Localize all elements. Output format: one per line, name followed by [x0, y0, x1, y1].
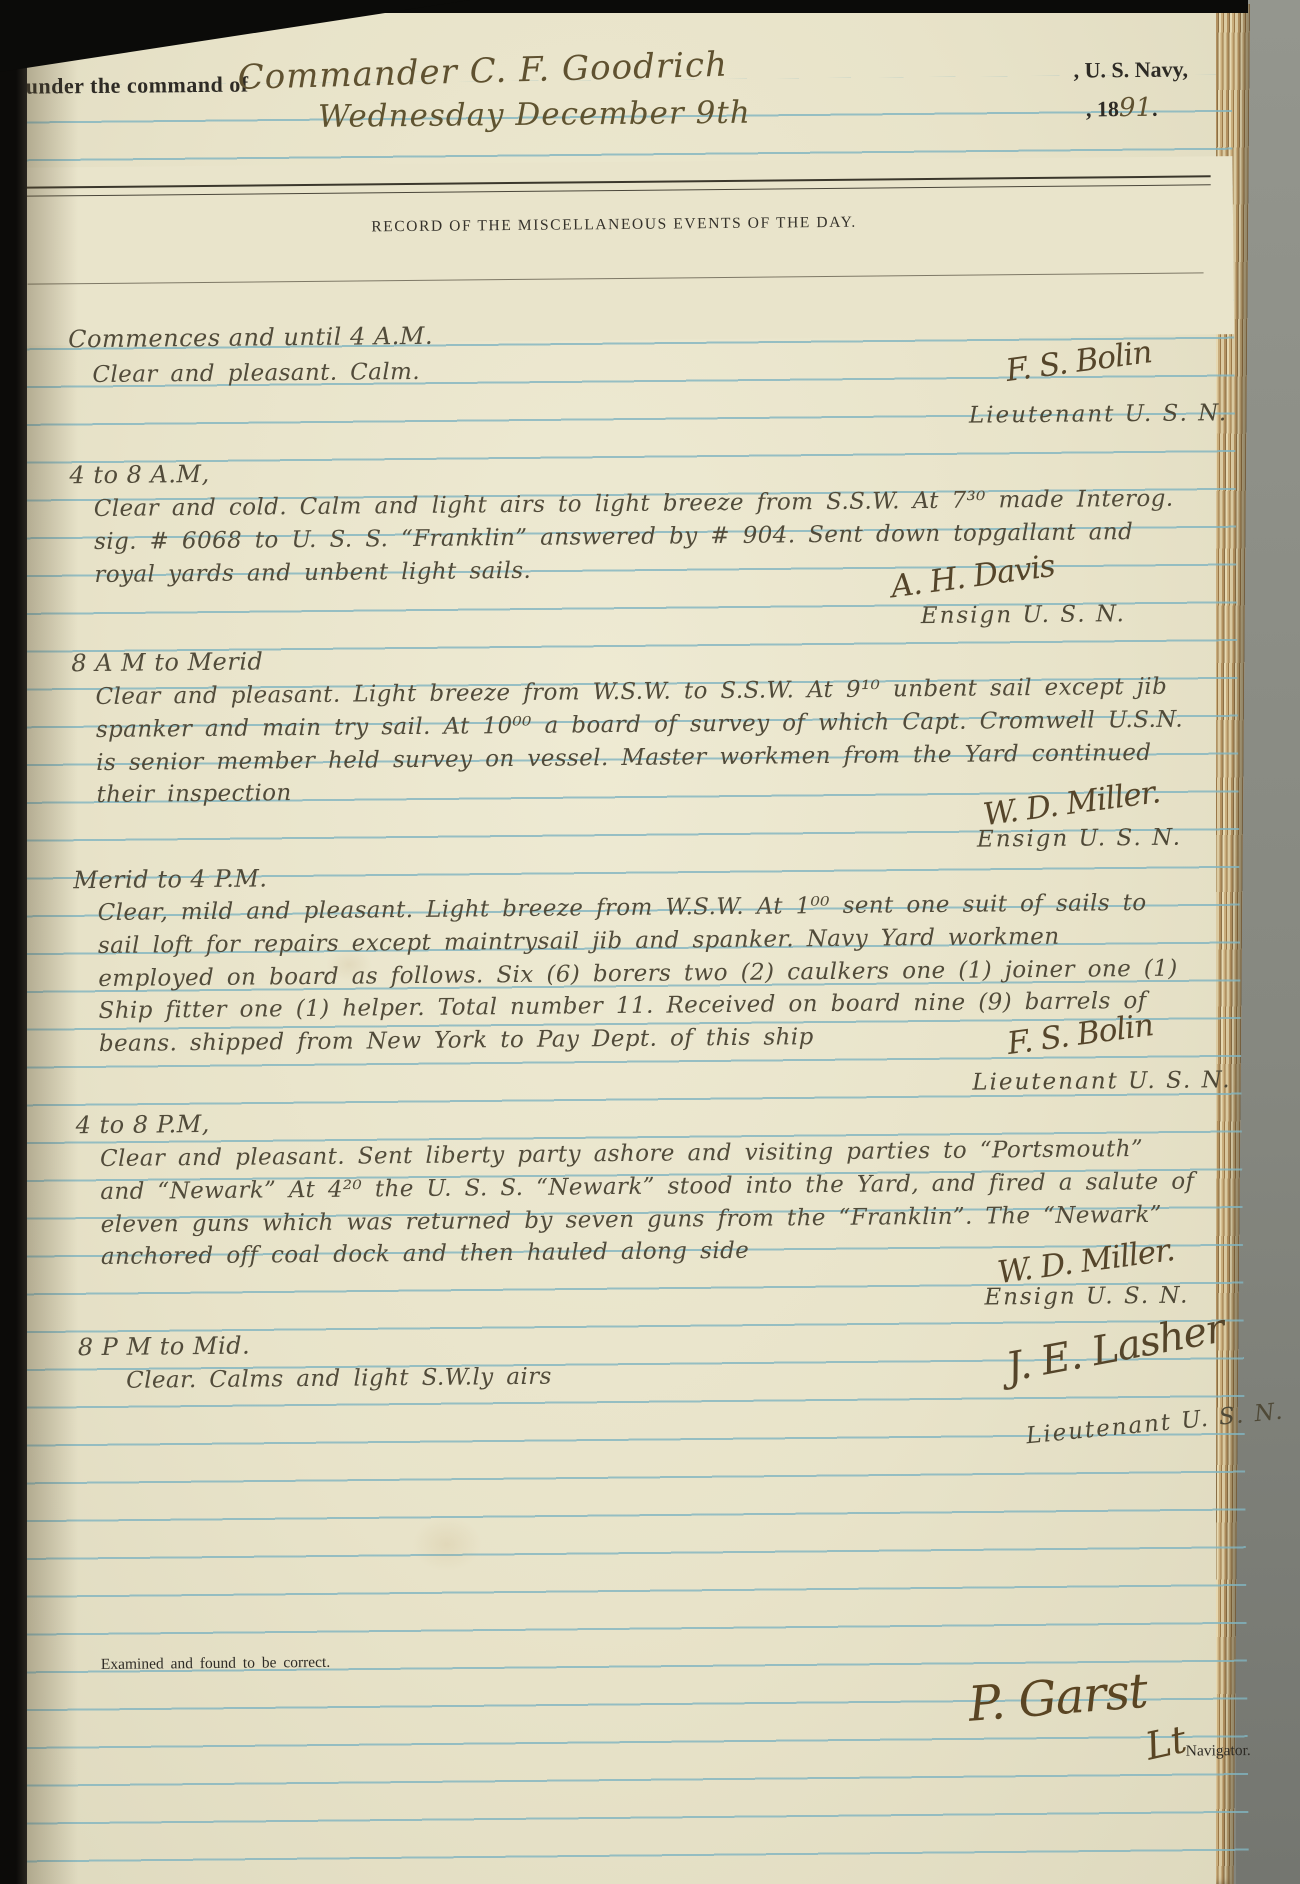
- page-content: under the command of Commander C. F. Goo…: [17, 4, 1225, 1884]
- signature-rank: Ensign U. S. N.: [977, 825, 1182, 853]
- logbook-photo: under the command of Commander C. F. Goo…: [0, 0, 1300, 1884]
- printed-year-period: .: [1152, 96, 1158, 121]
- printed-year-prefix: , 18: [1086, 96, 1119, 121]
- signature-rank: Lieutenant U. S. N.: [969, 400, 1228, 428]
- entry-heading: 8 P M to Mid.: [78, 1332, 251, 1362]
- signature-rank: Ensign U. S. N.: [984, 1283, 1189, 1311]
- entry-heading: 4 to 8 P.M,: [76, 1110, 210, 1139]
- book-binding-edge: [0, 0, 27, 1884]
- examined-statement: Examined and found to be correct.: [101, 1654, 331, 1674]
- handwritten-year: 91: [1119, 93, 1152, 123]
- log-page: under the command of Commander C. F. Goo…: [26, 10, 1216, 1884]
- signature-rank: Ensign U. S. N.: [921, 601, 1126, 629]
- navigator-signature-flourish: Lt: [1141, 1717, 1190, 1769]
- navigator-label: Navigator.: [1186, 1742, 1251, 1761]
- entry-heading: 8 A M to Merid: [71, 647, 263, 677]
- entry-body: Clear and pleasant. Calm.: [92, 356, 420, 392]
- year-line: , 1891.: [1086, 93, 1158, 124]
- entry-line: Clear and pleasant. Calm.: [92, 356, 420, 392]
- entry-line: Clear. Calms and light S.W.ly airs: [126, 1361, 552, 1398]
- entry-heading: Merid to 4 P.M.: [73, 864, 267, 894]
- entry-heading: Commences and until 4 A.M.: [68, 322, 433, 354]
- entry-body: Clear. Calms and light S.W.ly airs: [126, 1361, 552, 1398]
- printed-us-navy-label: , U. S. Navy,: [1073, 57, 1188, 84]
- signature-rank: Lieutenant U. S. N.: [972, 1067, 1231, 1095]
- handwritten-date: Wednesday December 9th: [318, 95, 751, 135]
- entry-heading: 4 to 8 A.M,: [69, 460, 209, 489]
- entry-body: Clear and pleasant. Light breeze from W.…: [95, 671, 1183, 813]
- page-gutter-shadow: [26, 10, 78, 1884]
